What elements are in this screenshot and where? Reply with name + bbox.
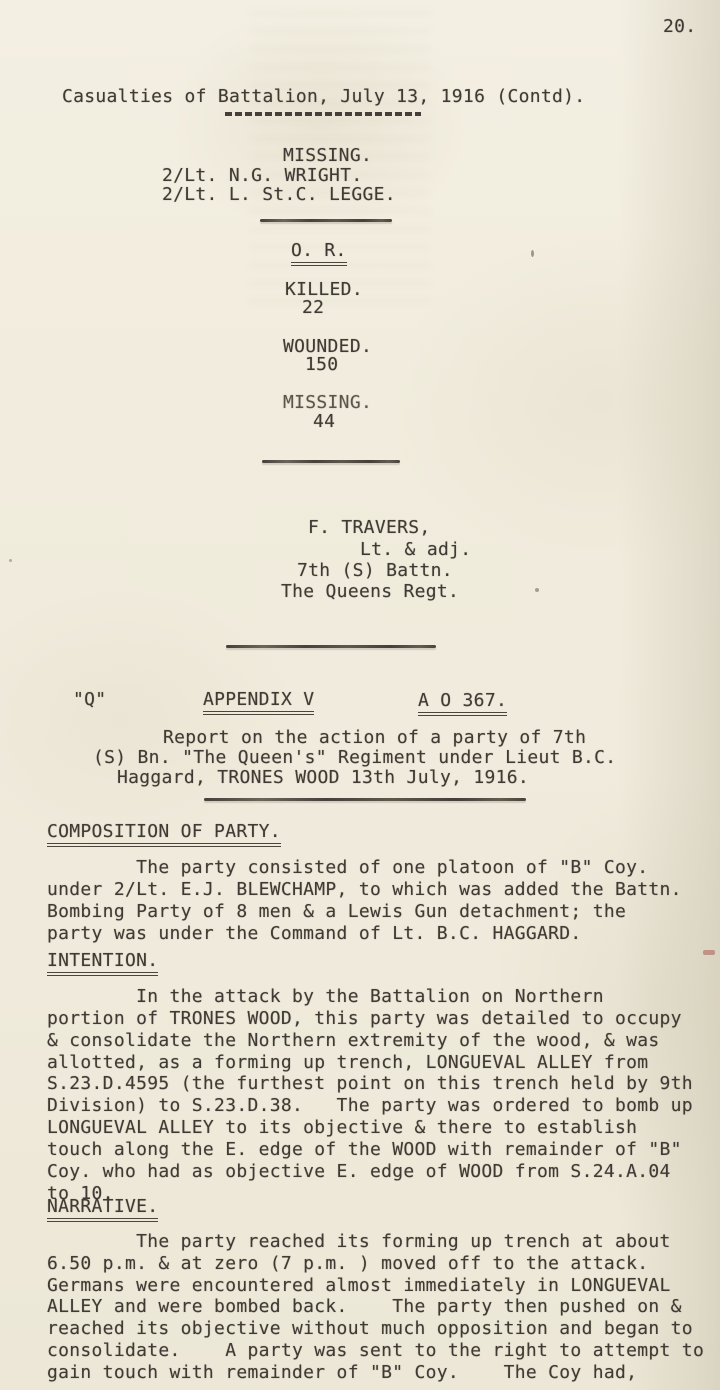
composition-line: The party consisted of one platoon of "B… bbox=[47, 857, 648, 879]
ink-speck bbox=[9, 559, 12, 562]
signature-name: F. TRAVERS, bbox=[308, 517, 431, 539]
narrative-line: consolidate. A party was sent to the rig… bbox=[47, 1340, 704, 1362]
composition-line: under 2/Lt. E.J. BLEWCHAMP, to which was… bbox=[47, 879, 682, 901]
intention-line: allotted, as a forming up trench, LONGUE… bbox=[47, 1052, 648, 1074]
section-divider bbox=[260, 219, 392, 222]
signature-battalion: 7th (S) Battn. bbox=[297, 560, 453, 582]
narrative-line: The party reached its forming up trench … bbox=[47, 1231, 671, 1253]
intention-line: LONGUEVAL ALLEY to its objective & there… bbox=[47, 1117, 637, 1139]
intention-heading: INTENTION. bbox=[47, 950, 158, 972]
report-title-line: Haggard, TRONES WOOD 13th July, 1916. bbox=[117, 767, 529, 789]
appendix-marginal-letter: "Q" bbox=[73, 689, 106, 711]
document-page: 20. Casualties of Battalion, July 13, 19… bbox=[0, 0, 720, 1390]
narrative-line: reached its objective without much oppos… bbox=[47, 1318, 693, 1340]
ink-speck bbox=[535, 588, 539, 592]
ink-speck bbox=[531, 250, 534, 257]
report-title-line: (S) Bn. "The Queen's" Regiment under Lie… bbox=[93, 747, 616, 769]
intention-heading-text: INTENTION. bbox=[47, 950, 158, 976]
or-missing-value: 44 bbox=[313, 411, 335, 433]
narrative-heading-text: NARRATIVE. bbox=[47, 1196, 158, 1222]
appendix-heading-text: APPENDIX V bbox=[203, 689, 314, 715]
intention-line: S.23.D.4595 (the furthest point on this … bbox=[47, 1073, 693, 1095]
page-number: 20. bbox=[663, 16, 696, 38]
signature-regiment: The Queens Regt. bbox=[281, 581, 459, 603]
section-divider bbox=[226, 645, 436, 648]
intention-line: & consolidate the Northern extremity of … bbox=[47, 1030, 660, 1052]
composition-heading: COMPOSITION OF PARTY. bbox=[47, 821, 281, 843]
signature-rank: Lt. & adj. bbox=[360, 539, 471, 561]
narrative-line: 6.50 p.m. & at zero (7 p.m. ) moved off … bbox=[47, 1253, 648, 1275]
appendix-reference-text: A O 367. bbox=[418, 690, 507, 716]
title-dashed-underline bbox=[225, 112, 421, 116]
killed-value: 22 bbox=[302, 297, 324, 319]
narrative-line: ALLEY and were bombed back. The party th… bbox=[47, 1296, 682, 1318]
narrative-line: gain touch with remainder of "B" Coy. Th… bbox=[47, 1362, 637, 1384]
intention-line: portion of TRONES WOOD, this party was d… bbox=[47, 1008, 682, 1030]
red-pencil-mark bbox=[703, 950, 715, 955]
other-ranks-heading: O. R. bbox=[291, 240, 347, 262]
intention-line: Coy. who had as objective E. edge of WOO… bbox=[47, 1161, 671, 1183]
wounded-value: 150 bbox=[305, 354, 338, 376]
officers-missing-heading: MISSING. bbox=[283, 145, 372, 167]
composition-line: party was under the Command of Lt. B.C. … bbox=[47, 923, 582, 945]
other-ranks-heading-text: O. R. bbox=[291, 240, 347, 266]
composition-line: Bombing Party of 8 men & a Lewis Gun det… bbox=[47, 901, 626, 923]
appendix-reference: A O 367. bbox=[418, 690, 507, 712]
intention-line: touch along the E. edge of the WOOD with… bbox=[47, 1139, 682, 1161]
section-divider bbox=[204, 798, 526, 801]
intention-line: Division) to S.23.D.38. The party was or… bbox=[47, 1095, 693, 1117]
casualties-title: Casualties of Battalion, July 13, 1916 (… bbox=[62, 86, 585, 108]
report-title-line: Report on the action of a party of 7th bbox=[163, 727, 586, 749]
intention-line: In the attack by the Battalion on Northe… bbox=[47, 986, 604, 1008]
section-divider bbox=[262, 460, 400, 463]
narrative-heading: NARRATIVE. bbox=[47, 1196, 158, 1218]
missing-officer-name: 2/Lt. L. St.C. LEGGE. bbox=[162, 184, 396, 206]
appendix-heading: APPENDIX V bbox=[203, 689, 314, 711]
composition-heading-text: COMPOSITION OF PARTY. bbox=[47, 821, 281, 847]
narrative-line: Germans were encountered almost immediat… bbox=[47, 1275, 671, 1297]
